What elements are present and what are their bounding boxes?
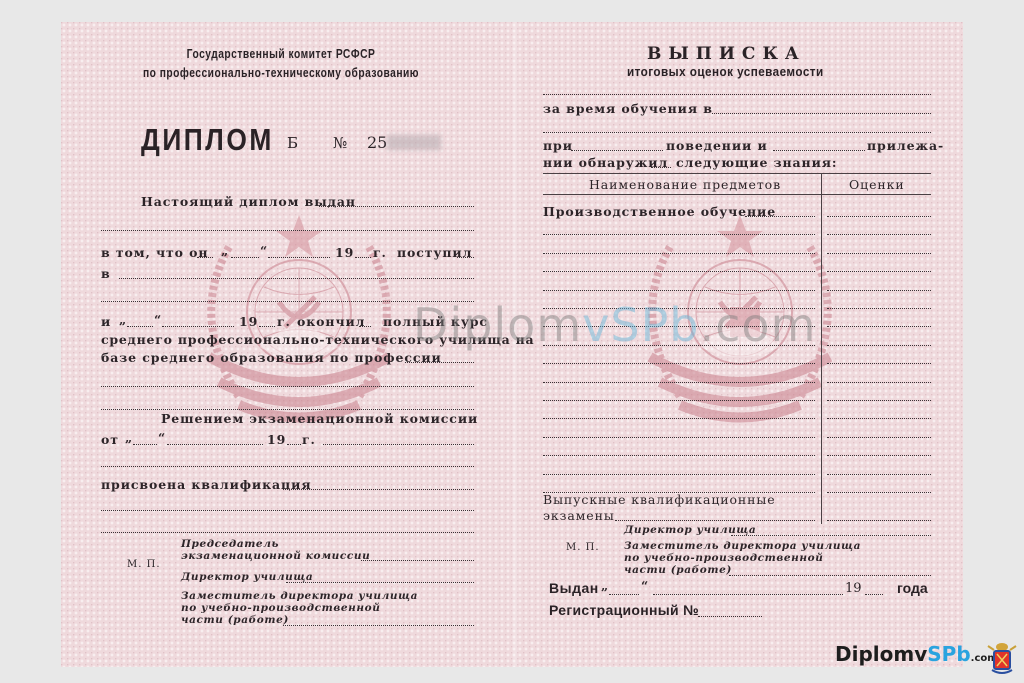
col-subjects-header: Наименование предметов — [589, 177, 781, 192]
decision-year-suffix: г. — [302, 432, 316, 447]
registration-label: Регистрационный № — [549, 602, 699, 618]
issued-to-field[interactable] — [319, 206, 474, 207]
diploma-series: Б — [287, 134, 298, 152]
subject-field[interactable] — [543, 455, 815, 456]
enroll-day-field[interactable] — [231, 257, 259, 258]
grade-field[interactable] — [827, 492, 931, 493]
deputy-line-2: по учебно-производственной — [181, 602, 418, 614]
grade-field[interactable] — [827, 363, 931, 364]
subject-field[interactable] — [543, 290, 815, 291]
watermark-part-2: vSPb — [582, 298, 699, 352]
enroll-day-pre — [197, 257, 213, 258]
name-field[interactable] — [101, 230, 474, 231]
qualification-field-2[interactable] — [101, 510, 474, 511]
registration-field[interactable] — [698, 616, 762, 617]
logo-part-1: Diplomv — [835, 642, 927, 666]
seal-label-right: М. П. — [566, 542, 600, 553]
issuer-line-1: Государственный комитет РСФСР — [133, 47, 428, 61]
grad-year-suffix: г. — [277, 314, 291, 329]
chairman-label: Председатель экзаменационной комиссии — [181, 538, 370, 562]
grade-field[interactable] — [827, 382, 931, 383]
subject-field[interactable] — [543, 234, 815, 235]
logo-part-2: SPb — [927, 642, 970, 666]
grade-field[interactable] — [827, 474, 931, 475]
basis-line: базе среднего образования по профессии — [101, 350, 442, 365]
study-place-field[interactable] — [712, 113, 931, 114]
school-field[interactable] — [119, 278, 474, 279]
site-logo[interactable]: DiplomvSPb.com — [835, 642, 998, 666]
qualification-label: присвоена квалификация — [101, 477, 311, 492]
table-top-rule — [543, 173, 931, 174]
decision-day-field[interactable] — [133, 444, 157, 445]
behavior-label: поведении и — [666, 138, 768, 153]
seal-label-left: М. П. — [127, 559, 161, 570]
deputy-label-right: Заместитель директора училища по учебно-… — [624, 540, 861, 576]
grade-field[interactable] — [827, 400, 931, 401]
diligence-label-2: нии обнаружил — [543, 155, 668, 170]
qualification-field-3[interactable] — [101, 532, 474, 533]
enrolled-field[interactable] — [457, 257, 474, 258]
quote-close-2: “ — [154, 312, 162, 327]
diligence-field[interactable] — [773, 150, 865, 151]
director-signature-left[interactable] — [286, 582, 474, 583]
extract-subtitle: итоговых оценок успеваемости — [627, 64, 824, 79]
subject-field[interactable] — [543, 400, 815, 401]
col-grades-header: Оценки — [849, 177, 905, 192]
commission-decision: Решением экзаменационной комиссии — [161, 411, 478, 426]
enroll-year-suffix: г. — [373, 245, 387, 260]
quote-open-3: „ — [125, 430, 133, 445]
issued-year-word: года — [897, 580, 928, 596]
grade-field[interactable] — [827, 326, 931, 327]
deputy-label-left: Заместитель директора училища по учебно-… — [181, 590, 418, 626]
in-that-he-label: в том, что он — [101, 245, 208, 260]
diploma-spread: Государственный комитет РСФСР по професс… — [61, 22, 963, 667]
subject-field[interactable] — [543, 437, 815, 438]
watermark-part-3: .com — [700, 298, 817, 352]
grade-field[interactable] — [827, 216, 931, 217]
number-redaction — [387, 135, 441, 150]
quote-open-2: „ — [119, 312, 127, 327]
table-column-divider — [821, 174, 822, 524]
showed-field[interactable] — [651, 167, 671, 168]
deputy-signature-right[interactable] — [729, 575, 931, 576]
issued-quote-open: „ — [601, 578, 609, 593]
final-exams-label-2: экзамены — [543, 508, 615, 523]
subject-field[interactable] — [543, 271, 815, 272]
grade-field[interactable] — [827, 290, 931, 291]
subject-field[interactable] — [543, 418, 815, 419]
deputy-r-line-2: по учебно-производственной — [624, 552, 861, 564]
qualification-field[interactable] — [283, 489, 474, 490]
profession-field-2[interactable] — [101, 386, 474, 387]
enroll-year-prefix: 19 — [335, 245, 354, 260]
quote-open: „ — [221, 243, 229, 258]
decision-year-field[interactable] — [287, 444, 301, 445]
following-knowledge: следующие знания: — [676, 155, 837, 170]
watermark-part-1: Diplom — [413, 298, 582, 352]
table-header-rule — [543, 194, 931, 195]
enroll-year-field[interactable] — [355, 257, 371, 258]
deputy-r-line-1: Заместитель директора училища — [624, 540, 861, 552]
grade-field[interactable] — [827, 455, 931, 456]
diligence-label-1: прилежа- — [867, 138, 944, 153]
at-label: при — [543, 138, 573, 153]
during-study-label: за время обучения в — [543, 101, 713, 116]
quote-close-3: “ — [158, 430, 166, 445]
grad-month-field[interactable] — [162, 326, 234, 327]
decision-year-prefix: 19 — [267, 432, 286, 447]
subject-field[interactable] — [543, 382, 815, 383]
diploma-number: 25 — [367, 133, 387, 152]
grad-day-field[interactable] — [127, 326, 153, 327]
study-place-field-2[interactable] — [543, 132, 931, 133]
subject-field[interactable] — [543, 474, 815, 475]
grade-field[interactable] — [827, 418, 931, 419]
issuer-line-2: по профессионально-техническому образова… — [92, 66, 469, 80]
chairman-line-1: Председатель — [181, 538, 370, 550]
deputy-signature-left[interactable] — [283, 625, 474, 626]
director-signature-right[interactable] — [731, 535, 931, 536]
final-exams-grade[interactable] — [827, 520, 931, 521]
grade-field[interactable] — [827, 253, 931, 254]
subject-field[interactable] — [543, 363, 815, 364]
diploma-title: ДИПЛОМ — [141, 122, 274, 158]
extract-name-field[interactable] — [543, 94, 931, 95]
first-subject-field[interactable] — [745, 216, 815, 217]
number-sign: № — [333, 134, 347, 152]
grad-year-field[interactable] — [259, 326, 275, 327]
watermark: DiplomvSPb.com — [413, 298, 816, 352]
grade-field[interactable] — [827, 437, 931, 438]
subject-field[interactable] — [543, 253, 815, 254]
grad-year-prefix: 19 — [239, 314, 258, 329]
decision-number-field[interactable] — [323, 444, 474, 445]
graduated-field[interactable] — [359, 326, 371, 327]
final-exams-label-1: Выпускные квалификационные — [543, 492, 776, 507]
issued-quote-close: “ — [641, 578, 649, 593]
issued-month-field[interactable] — [653, 594, 843, 595]
behavior-field[interactable] — [571, 150, 663, 151]
issued-day-field[interactable] — [609, 594, 639, 595]
issued-year-field[interactable] — [865, 594, 883, 595]
grade-field[interactable] — [827, 308, 931, 309]
enroll-month-field[interactable] — [268, 257, 330, 258]
issued-year-prefix: 19 — [845, 581, 862, 596]
grade-field[interactable] — [827, 271, 931, 272]
graduated-label: окончил — [297, 314, 365, 329]
deputy-line-1: Заместитель директора училища — [181, 590, 418, 602]
quote-close: “ — [260, 243, 268, 258]
profession-field[interactable] — [405, 362, 474, 363]
chairman-line-2: экзаменационной комиссии — [181, 550, 370, 562]
and-label: и — [101, 314, 111, 329]
grade-field[interactable] — [827, 234, 931, 235]
extract-title: ВЫПИСКА — [647, 44, 806, 64]
from-label: от — [101, 432, 119, 447]
decision-field-2[interactable] — [101, 466, 474, 467]
in-label: в — [101, 266, 111, 281]
chairman-signature[interactable] — [361, 560, 474, 561]
first-subject: Производственное обучение — [543, 204, 776, 219]
profession-field-3[interactable] — [101, 409, 474, 410]
decision-month-field[interactable] — [167, 444, 263, 445]
final-exams-field[interactable] — [615, 520, 815, 521]
issued-label: Выдан — [549, 580, 599, 596]
spb-coat-of-arms-icon — [984, 640, 1020, 676]
grade-field[interactable] — [827, 345, 931, 346]
